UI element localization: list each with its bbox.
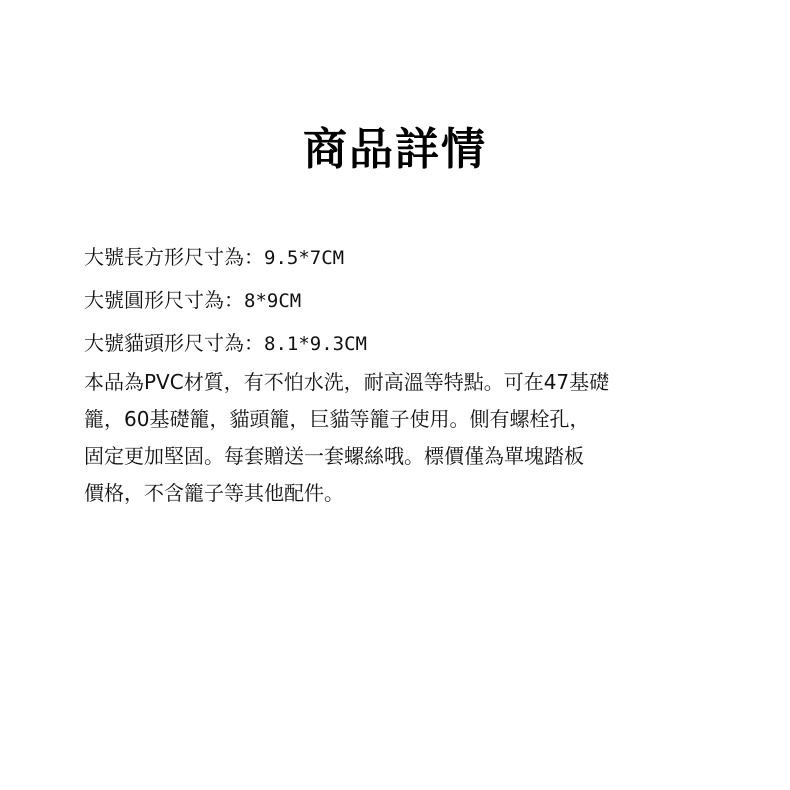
- page-title: 商品詳情: [0, 118, 790, 182]
- spec-round-size: 大號圓形尺寸為：8*9CM: [84, 279, 724, 322]
- spec-value: 8*9CM: [244, 290, 301, 312]
- description-line: 籠，60基礎籠，貓頭籠，巨貓等籠子使用。側有螺栓孔，: [84, 401, 724, 438]
- size-spec-list: 大號長方形尺寸為：9.5*7CM 大號圓形尺寸為：8*9CM 大號貓頭形尺寸為：…: [84, 236, 724, 365]
- spec-rectangle-size: 大號長方形尺寸為：9.5*7CM: [84, 236, 724, 279]
- spec-label: 大號長方形尺寸為：: [84, 245, 264, 269]
- description-line: 本品為PVC材質，有不怕水洗，耐高溫等特點。可在47基礎: [84, 364, 724, 401]
- spec-value: 9.5*7CM: [264, 247, 344, 269]
- description-line: 固定更加堅固。每套贈送一套螺絲哦。標價僅為單塊踏板: [84, 438, 724, 475]
- spec-cat-head-size: 大號貓頭形尺寸為：8.1*9.3CM: [84, 322, 724, 365]
- spec-label: 大號貓頭形尺寸為：: [84, 331, 264, 355]
- spec-label: 大號圓形尺寸為：: [84, 288, 244, 312]
- description-line: 價格，不含籠子等其他配件。: [84, 475, 724, 512]
- product-description: 本品為PVC材質，有不怕水洗，耐高溫等特點。可在47基礎 籠，60基礎籠，貓頭籠…: [84, 364, 724, 512]
- spec-value: 8.1*9.3CM: [264, 333, 367, 355]
